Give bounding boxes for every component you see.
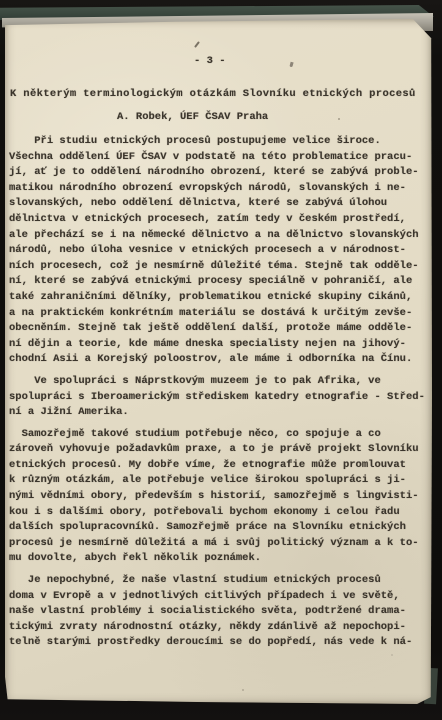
page-number: - 3 - <box>194 54 226 70</box>
paragraph-4: Je nepochybné, že naše vlastní studium e… <box>9 573 435 651</box>
paragraph-2: Ve spolupráci s Náprstkovým muzeem je to… <box>9 374 435 421</box>
author-byline: A. Robek, ÚEF ČSAV Praha <box>117 110 268 126</box>
document-title: K některým terminologickým otázkám Slovn… <box>10 87 416 103</box>
scanned-document-photo: - 3 - K některým terminologickým otázkám… <box>0 0 442 720</box>
body-text: Při studiu etnických procesů postupujeme… <box>9 134 435 657</box>
paragraph-3: Samozřejmě takové studium potřebuje něco… <box>9 427 435 567</box>
paragraph-1: Při studiu etnických procesů postupujeme… <box>9 134 435 368</box>
typewritten-text: - 3 - K některým terminologickým otázkám… <box>0 0 442 720</box>
